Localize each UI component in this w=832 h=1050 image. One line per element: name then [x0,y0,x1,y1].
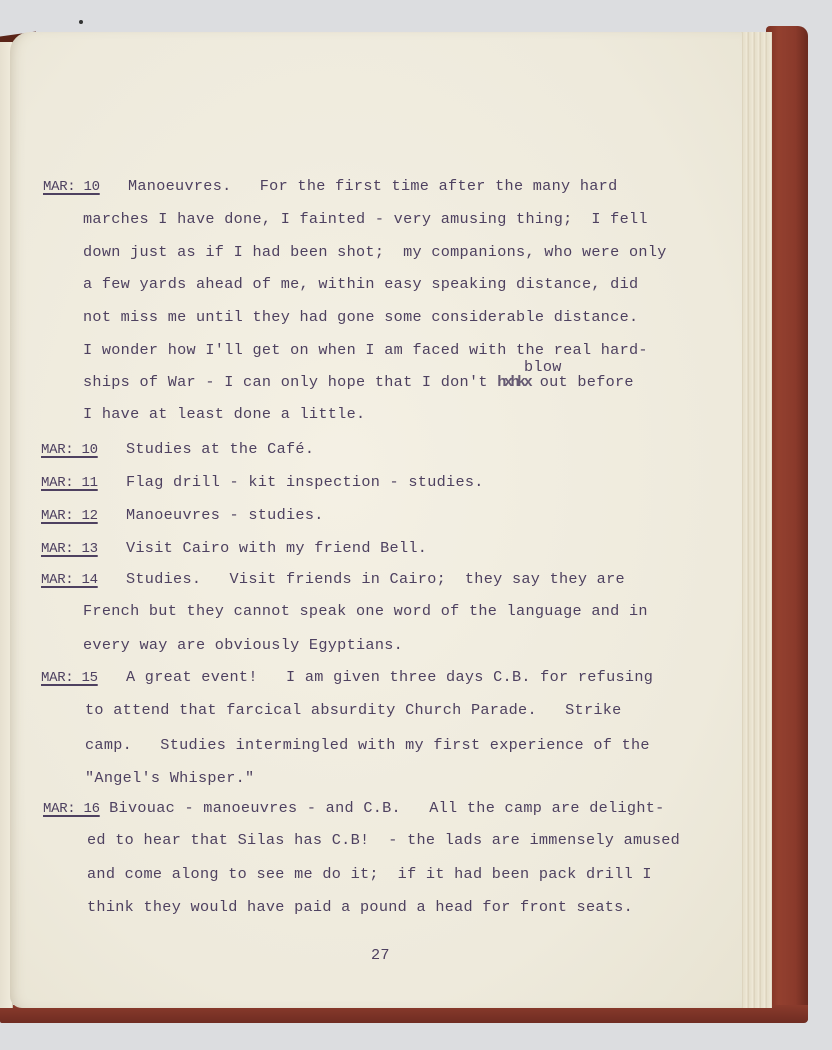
entry-5: MAR: 13 Visit Cairo with my friend Bell. [41,539,427,557]
entry-date: MAR: 16 [43,801,100,817]
book-cover-right-edge [766,26,808,1022]
diary-page: MAR: 10 Manoeuvres. For the first time a… [10,32,742,1008]
entry-date: MAR: 10 [41,442,98,458]
entry-date: MAR: 10 [43,179,100,195]
page-number: 27 [371,946,390,964]
entry-1-line-2: marches I have done, I fainted - very am… [83,210,648,228]
entry-8-line-3: and come along to see me do it; if it ha… [87,865,652,883]
entry-date: MAR: 11 [41,475,98,491]
entry-8-line-1: MAR: 16 Bivouac - manoeuvres - and C.B. … [43,799,665,817]
entry-7-line-3: camp. Studies intermingled with my first… [85,736,650,754]
entry-8-line-4: think they would have paid a pound a hea… [87,898,633,916]
entry-date: MAR: 14 [41,572,98,588]
entry-4: MAR: 12 Manoeuvres - studies. [41,506,324,524]
entry-1-line-4: a few yards ahead of me, within easy spe… [83,275,638,293]
entry-date: MAR: 12 [41,508,98,524]
entry-6-line-3: every way are obviously Egyptians. [83,636,403,654]
entry-2: MAR: 10 Studies at the Café. [41,440,314,458]
entry-8-line-2: ed to hear that Silas has C.B! - the lad… [87,831,680,849]
entry-3: MAR: 11 Flag drill - kit inspection - st… [41,473,484,491]
entry-6-line-1: MAR: 14 Studies. Visit friends in Cairo;… [41,570,625,588]
photographed-book: MAR: 10 Manoeuvres. For the first time a… [0,0,832,1050]
struck-out-text: hxhkx [497,373,530,391]
page-edges [738,32,772,1008]
entry-1-line-3: down just as if I had been shot; my comp… [83,243,667,261]
entry-1-line-6: I wonder how I'll get on when I am faced… [83,341,648,359]
entry-1-line-1: MAR: 10 Manoeuvres. For the first time a… [43,177,618,195]
entry-1-line-5: not miss me until they had gone some con… [83,308,638,326]
dust-speck [79,20,83,24]
entry-1-line-7: ships of War - I can only hope that I do… [83,373,634,391]
entry-date: MAR: 15 [41,670,98,686]
entry-7-line-4: "Angel's Whisper." [85,769,254,787]
entry-6-line-2: French but they cannot speak one word of… [83,602,648,620]
entry-7-line-2: to attend that farcical absurdity Church… [85,701,622,719]
entry-date: MAR: 13 [41,541,98,557]
entry-7-line-1: MAR: 15 A great event! I am given three … [41,668,653,686]
entry-1-line-8: I have at least done a little. [83,405,365,423]
